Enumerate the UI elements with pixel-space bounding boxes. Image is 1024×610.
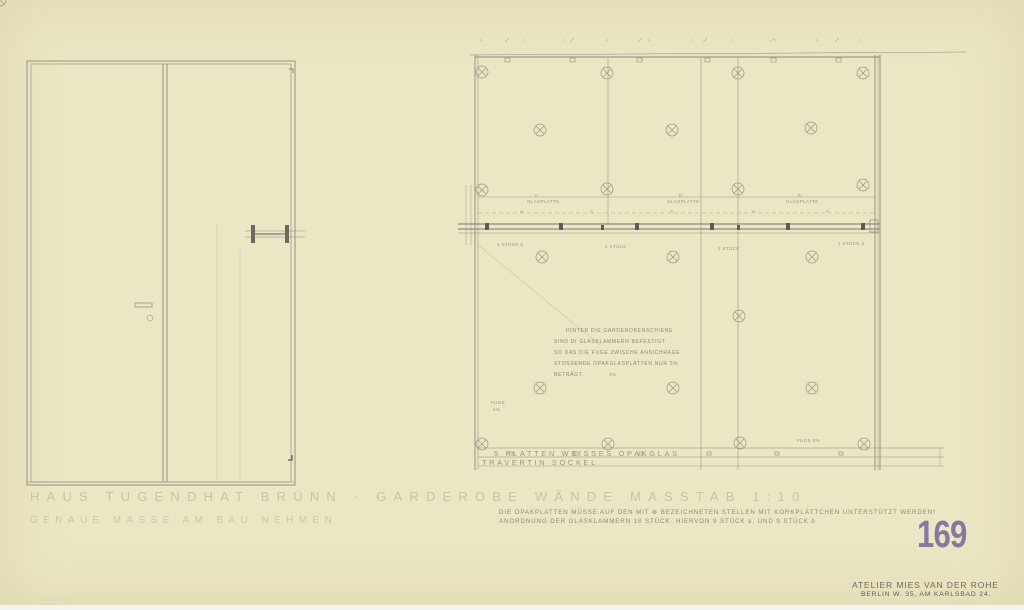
drawing-sheet: C GLASPLATTE D GLASPLATTE E GLASPLATTE A…	[0, 0, 1024, 605]
drawing-subtitle: GENAUE MASSE AM BAU NEHMEN	[30, 515, 337, 526]
inner-note-block: HINTER DIE GARDEROBENSCHIENE SIND DI GLA…	[554, 328, 680, 378]
clamp-label-stock-b: 1 STÜCK b	[497, 242, 523, 247]
panel-label-d: D	[679, 193, 683, 198]
dimension-small: 3%	[609, 372, 616, 377]
inner-note-line: BETRÄGT.	[554, 372, 680, 378]
dimension-a-3: A	[670, 209, 673, 214]
clamp-label-2-stock-left: 2 STÜCK	[605, 244, 627, 249]
inner-note-line: HINTER DIE GARDEROBENSCHIENE	[566, 328, 692, 334]
door-elevation	[27, 61, 295, 485]
glass-clamps-top	[505, 58, 841, 62]
inner-note-line: SO DAS DIE FUGE ZWISCHE ANSICHRAGE	[554, 350, 680, 356]
panel-label-e: E	[798, 193, 801, 198]
panel-label-c: C	[535, 193, 539, 198]
fuge-label-left: FUGE	[491, 400, 505, 405]
coat-rail-bracket-icon	[245, 225, 305, 243]
fuge-label-right: FUGE 5%	[797, 438, 820, 443]
drawing-title: HAUS TUGENDHAT BRÜNN · GARDEROBE WÄNDE M…	[30, 489, 807, 504]
note-cork-supports: DIE OPAKPLATTEN MÜSSE AUF DEN MIT ⊗ BEZE…	[499, 509, 936, 516]
dimension-a-5: A	[826, 209, 829, 214]
inner-note-line: STOSSENDE OPAKGLASPLATTEN NUR 5%	[554, 361, 680, 367]
clamp-label-2-stock-right: 2 STÜCK	[718, 246, 740, 251]
wardrobe-wall-elevation	[458, 38, 966, 470]
studio-name-stamp: ATELIER MIES VAN DER ROHE	[852, 580, 999, 590]
travertine-base-label: TRAVERTIN SOCKEL	[482, 458, 598, 467]
panel-sublabel-e: GLASPLATTE	[786, 199, 819, 204]
dimension-a-2: A	[590, 209, 593, 214]
dimension-a-1: A	[520, 209, 523, 214]
panel-sublabel-d: GLASPLATTE	[667, 199, 700, 204]
studio-address-stamp: BERLIN W. 35, AM KARLSBAD 24.	[861, 591, 991, 598]
fuge-value-left: 5%	[493, 407, 500, 412]
sheet-number-stamp: 169	[917, 514, 967, 557]
inner-note-line: SIND DI GLASKLAMMERN BEFESTIGT	[554, 339, 680, 345]
note-clamp-arrangement: ANORDNUNG DER GLASKLAMMERN 18 STÜCK· HIE…	[499, 518, 816, 525]
door-handle-icon	[135, 303, 153, 321]
dimension-a-4: A	[752, 209, 755, 214]
inventory-mark: 21159 =	[42, 597, 67, 603]
panel-sublabel-c: GLASPLATTE	[527, 199, 560, 204]
opak-glass-label: 5 PLATTEN WEISSES OPAKGLAS	[494, 449, 680, 458]
clamp-label-stock-a: 1 STÜCK a	[838, 241, 864, 246]
